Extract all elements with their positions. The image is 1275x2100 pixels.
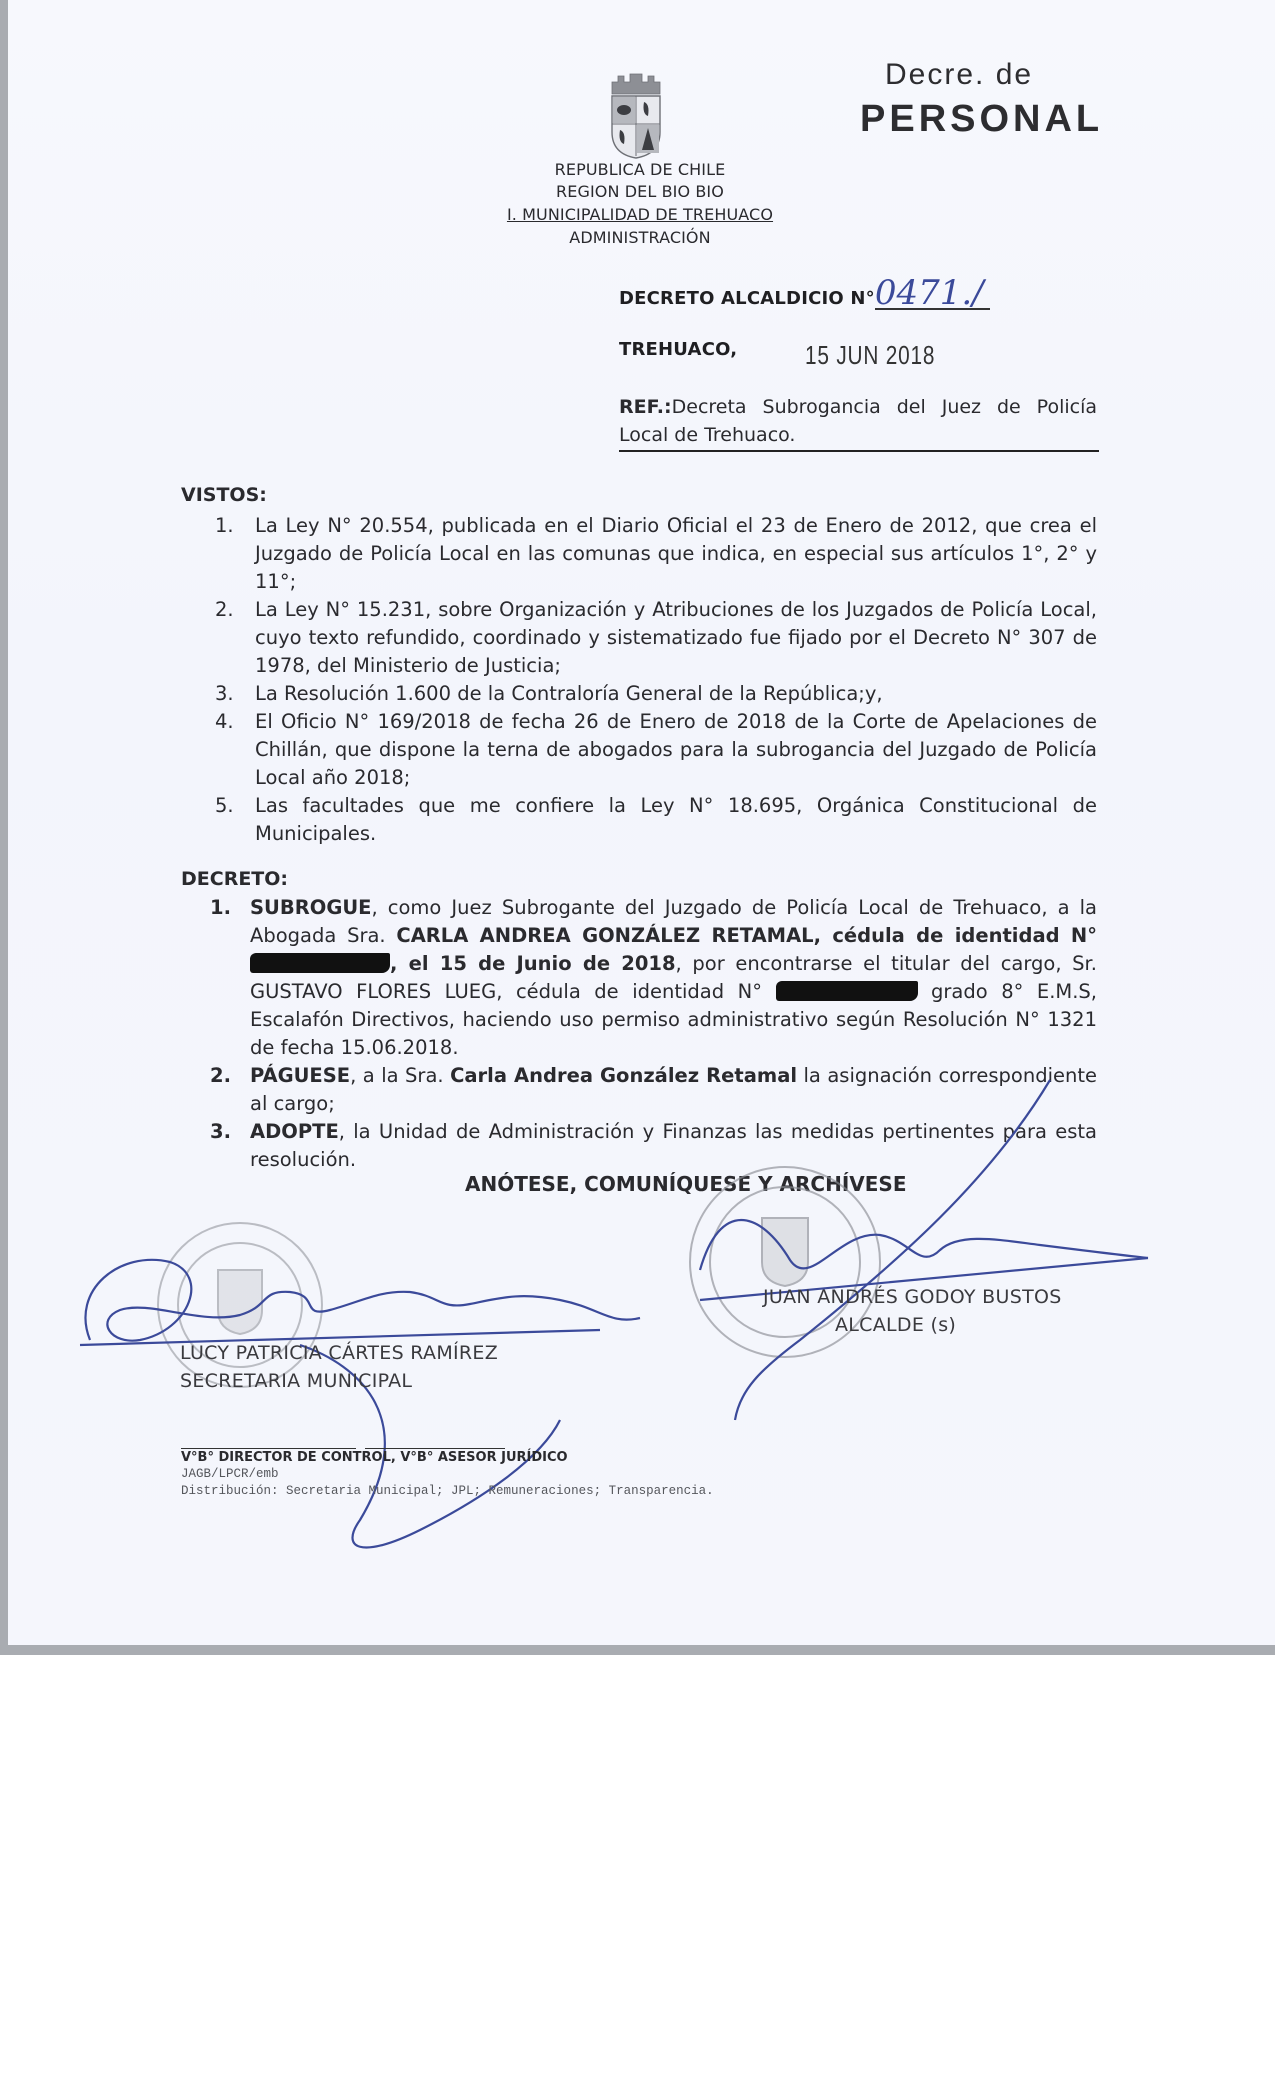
decreto-item-paguese: 2.PÁGUESE, a la Sra. Carla Andrea Gonzál… (210, 1062, 1097, 1118)
juridico-signature-line (365, 1448, 505, 1449)
control-signature-line (181, 1448, 356, 1449)
vistos-list: 1.La Ley N° 20.554, publicada en el Diar… (215, 512, 1097, 848)
decreto-list: 1.SUBROGUE, como Juez Subrogante del Juz… (210, 894, 1097, 1174)
approvals-line: V°B° DIRECTOR DE CONTROL, V°B° ASESOR JU… (181, 1450, 568, 1465)
closing-formula: ANÓTESE, COMUNÍQUESE Y ARCHÍVESE (465, 1172, 906, 1196)
secretaria-name: LUCY PATRICIA CÁRTES RAMÍREZ (180, 1342, 498, 1364)
vistos-item: 3.La Resolución 1.600 de la Contraloría … (215, 680, 1097, 708)
vistos-item: 4.El Oficio N° 169/2018 de fecha 26 de E… (215, 708, 1097, 792)
vistos-item: 1.La Ley N° 20.554, publicada en el Diar… (215, 512, 1097, 596)
redacted-id-2 (776, 981, 918, 1001)
redacted-id-1 (250, 953, 390, 973)
decreto-item-subrogue: 1.SUBROGUE, como Juez Subrogante del Juz… (210, 894, 1097, 1062)
secretaria-role: SECRETARIA MUNICIPAL (180, 1370, 412, 1392)
ref-divider (619, 450, 1099, 452)
distribution: Distribución: Secretaria Municipal; JPL;… (181, 1484, 714, 1498)
vistos-title: VISTOS: (181, 484, 267, 506)
header-country: REPUBLICA DE CHILE (430, 160, 850, 179)
ref-label: REF.: (619, 396, 672, 418)
alcalde-name: JUAN ANDRÉS GODOY BUSTOS (763, 1286, 1062, 1308)
municipal-crest-icon (606, 72, 666, 160)
stamp-line-1: Decre. de (885, 58, 1033, 92)
reference: REF.:Decreta Subrogancia del Juez de Pol… (619, 393, 1097, 449)
header-municipality: I. MUNICIPALIDAD DE TREHUACO (430, 205, 850, 224)
decreto-title: DECRETO: (181, 868, 288, 890)
decree-number-line: DECRETO ALCALDICIO N°0471./ (619, 278, 990, 310)
ref-text: Decreta Subrogancia del Juez de Policía … (619, 396, 1097, 446)
alcalde-role: ALCALDE (s) (835, 1314, 956, 1336)
place-label: TREHUACO, (619, 339, 737, 360)
initials: JAGB/LPCR/emb (181, 1467, 279, 1481)
date-stamp: 15 JUN 2018 (805, 340, 935, 371)
vistos-item: 2.La Ley N° 15.231, sobre Organización y… (215, 596, 1097, 680)
decreto-item-adopte: 3.ADOPTE, la Unidad de Administración y … (210, 1118, 1097, 1174)
decree-label: DECRETO ALCALDICIO N° (619, 288, 875, 309)
header-department: ADMINISTRACIÓN (430, 228, 850, 247)
vistos-item: 5.Las facultades que me confiere la Ley … (215, 792, 1097, 848)
stamp-line-2: PERSONAL (860, 98, 1103, 141)
decree-number-handwritten: 0471./ (875, 278, 990, 310)
header-region: REGION DEL BIO BIO (430, 182, 850, 201)
